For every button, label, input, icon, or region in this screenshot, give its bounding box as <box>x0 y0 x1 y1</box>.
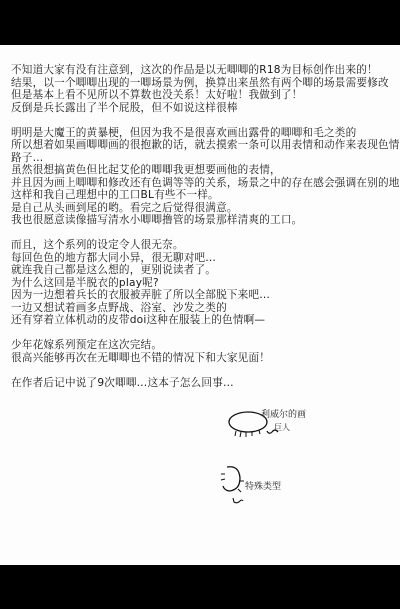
text-line: 还有穿着立体机动的皮带doi这种在服装上的色情啊— <box>11 314 396 327</box>
top-black-bar <box>0 0 400 45</box>
text-line: 反倒是兵长露出了半个屁股，但不如说这样很棒 <box>11 102 396 115</box>
doodle-caption-titan: 巨人 <box>274 422 290 433</box>
text-line: 路子… <box>11 152 396 165</box>
doodle-caption-levi: 利威尔的画 <box>261 407 306 420</box>
paragraph-4: 少年花嫁系列预定在这次完结。 很高兴能够再次在无唧唧也不错的情况下和大家见面！ <box>11 339 396 364</box>
text-line: 明明是大魔王的黄暴梗，但因为我不是很喜欢画出露骨的唧唧和毛之类的 <box>11 127 396 140</box>
text-line: 而且，这个系列的设定令人很无奈。 <box>11 239 396 252</box>
afterword-text: 不知道大家有没有注意到，这次的作品是以无唧唧的R18为目标创作出来的！ 结果，以… <box>11 64 396 402</box>
text-line: 这样和我自己理想中的工口BL有些不一样。 <box>11 189 396 202</box>
text-line: 结果，以一个唧唧出现的一唧场景为例，换算出来虽然有两个唧的场景需要修改 <box>11 77 396 90</box>
text-line: 很高兴能够再次在无唧唧也不错的情况下和大家见面！ <box>11 352 396 365</box>
paragraph-2: 明明是大魔王的黄暴梗，但因为我不是很喜欢画出露骨的唧唧和毛之类的 所以想着如果画… <box>11 127 396 227</box>
text-line: 一边又想试着画多点野战、浴室、沙发之类的 <box>11 302 396 315</box>
afterword-page: 不知道大家有没有注意到，这次的作品是以无唧唧的R18为目标创作出来的！ 结果，以… <box>0 45 400 565</box>
text-line: 我也很愿意读像描写清水小唧唧撸管的场景那样清爽的工口。 <box>11 214 396 227</box>
doodle-squiggle-icon-2 <box>232 496 244 505</box>
text-line: 虽然很想搞黄色但比起艾伦的唧唧我更想要画他的表情， <box>11 164 396 177</box>
text-line: 并且因为画上唧唧和修改还有色调等等的关系，场景之中的存在感会强调在别的地方 <box>11 177 396 190</box>
text-line: 为什么这回是半脱衣的play呢? <box>11 277 396 290</box>
doodle-round-figure-icon <box>219 464 247 496</box>
paragraph-1: 不知道大家有没有注意到，这次的作品是以无唧唧的R18为目标创作出来的！ 结果，以… <box>11 64 396 114</box>
bottom-black-bar <box>0 565 400 609</box>
text-line: 是自己从头画到尾的哟。看完之后觉得很满意。 <box>11 202 396 215</box>
text-line: 就连我自己都是这么想的，更别说读者了。 <box>11 264 396 277</box>
text-line: 所以想着如果画唧唧画的很抱歉的话，就去摸索一条可以用表情和动作来表现色情感的 <box>11 139 396 152</box>
text-line: 少年花嫁系列预定在这次完结。 <box>11 339 396 352</box>
text-line: 不知道大家有没有注意到，这次的作品是以无唧唧的R18为目标创作出来的！ <box>11 64 396 77</box>
paragraph-5: 在作者后记中说了9次唧唧…这本子怎么回事… <box>11 377 396 390</box>
paragraph-3: 而且，这个系列的设定令人很无奈。 每回色色的地方都大同小异，很无聊对吧… 就连我… <box>11 239 396 327</box>
text-line: 在作者后记中说了9次唧唧…这本子怎么回事… <box>11 377 396 390</box>
text-line: 每回色色的地方都大同小异，很无聊对吧… <box>11 252 396 265</box>
text-line: 因为一边想着兵长的衣服被弄脏了所以全部脱下来吧… <box>11 289 396 302</box>
doodle-caption-special-type: 特殊类型 <box>245 479 281 492</box>
text-line: 但是基本上看不见所以不算数也没关系！太好啦！我做到了！ <box>11 89 396 102</box>
